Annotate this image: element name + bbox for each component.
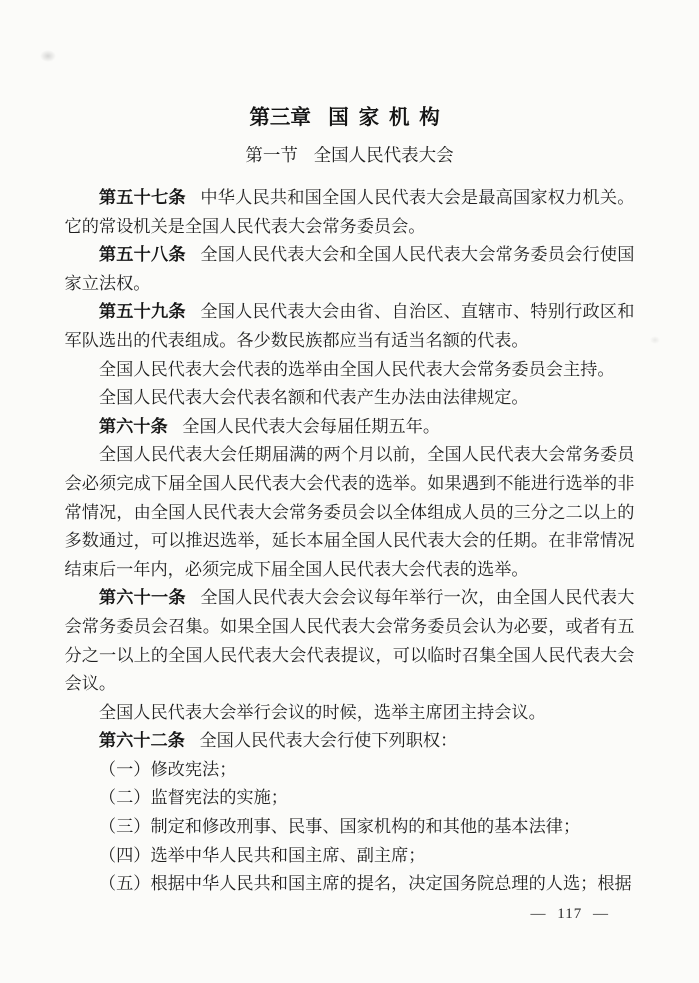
scanned-document-page: 第三章国家机构 第一节全国人民代表大会 第五十七条中华人民共和国全国人民代表大会… [0, 0, 699, 983]
section-heading: 第一节全国人民代表大会 [0, 141, 699, 169]
paragraph: 全国人民代表大会代表的选举由全国人民代表大会常务委员会主持。 [65, 356, 635, 385]
list-item-4: （四）选举中华人民共和国主席、副主席； [65, 842, 635, 871]
paragraph-text: 全国人民代表大会举行会议的时候，选举主席团主持会议。 [99, 703, 546, 722]
scan-artifact [650, 336, 660, 344]
paragraph-text: 全国人民代表大会任期届满的两个月以前，全国人民代表大会常务委员会必须完成下届全国… [65, 445, 635, 578]
chapter-heading: 第三章国家机构 [0, 0, 699, 133]
paragraph-text: （一）修改宪法； [99, 760, 237, 779]
section-number: 第一节 [245, 145, 298, 165]
list-item-2: （二）监督宪法的实施； [65, 784, 635, 813]
paragraph: 全国人民代表大会代表名额和代表产生办法由法律规定。 [65, 384, 635, 413]
paragraph-text: 全国人民代表大会每届任期五年。 [182, 417, 440, 436]
paragraph-article-59: 第五十九条全国人民代表大会由省、自治区、直辖市、特别行政区和军队选出的代表组成。… [65, 298, 635, 355]
article-number: 第六十一条 [99, 588, 186, 607]
paragraph: 全国人民代表大会任期届满的两个月以前，全国人民代表大会常务委员会必须完成下届全国… [65, 441, 635, 584]
paragraph-article-62: 第六十二条全国人民代表大会行使下列职权： [65, 727, 635, 756]
paragraph-article-58: 第五十八条全国人民代表大会和全国人民代表大会常务委员会行使国家立法权。 [65, 241, 635, 298]
paragraph-text: （二）监督宪法的实施； [99, 788, 288, 807]
paragraph: 全国人民代表大会举行会议的时候，选举主席团主持会议。 [65, 699, 635, 728]
paragraph-text: （四）选举中华人民共和国主席、副主席； [99, 846, 426, 865]
article-number: 第六十二条 [99, 731, 185, 750]
article-number: 第五十七条 [99, 188, 186, 207]
article-body: 第五十七条中华人民共和国全国人民代表大会是最高国家权力机关。它的常设机关是全国人… [65, 184, 635, 899]
list-item-1: （一）修改宪法； [65, 756, 635, 785]
paragraph-text: 全国人民代表大会代表名额和代表产生办法由法律规定。 [99, 388, 529, 407]
list-item-5: （五）根据中华人民共和国主席的提名，决定国务院总理的人选；根据 [65, 870, 635, 899]
paragraph-article-61: 第六十一条全国人民代表大会会议每年举行一次，由全国人民代表大会常务委员会召集。如… [65, 584, 635, 698]
section-title: 全国人民代表大会 [314, 145, 454, 165]
article-number: 第五十九条 [99, 302, 186, 321]
paragraph-article-57: 第五十七条中华人民共和国全国人民代表大会是最高国家权力机关。它的常设机关是全国人… [65, 184, 635, 241]
chapter-title: 国家机构 [328, 106, 449, 129]
paragraph-text: 全国人民代表大会代表的选举由全国人民代表大会常务委员会主持。 [99, 360, 615, 379]
paragraph-text: 全国人民代表大会行使下列职权： [199, 731, 457, 750]
article-number: 第五十八条 [99, 245, 186, 264]
article-number: 第六十条 [99, 417, 168, 436]
paragraph-article-60: 第六十条全国人民代表大会每届任期五年。 [65, 413, 635, 442]
list-item-3: （三）制定和修改刑事、民事、国家机构的和其他的基本法律； [65, 813, 635, 842]
paragraph-text: （五）根据中华人民共和国主席的提名，决定国务院总理的人选；根据 [99, 874, 632, 893]
chapter-number: 第三章 [249, 106, 311, 129]
paragraph-text: （三）制定和修改刑事、民事、国家机构的和其他的基本法律； [99, 817, 580, 836]
page-number: — 117 — [0, 906, 699, 923]
